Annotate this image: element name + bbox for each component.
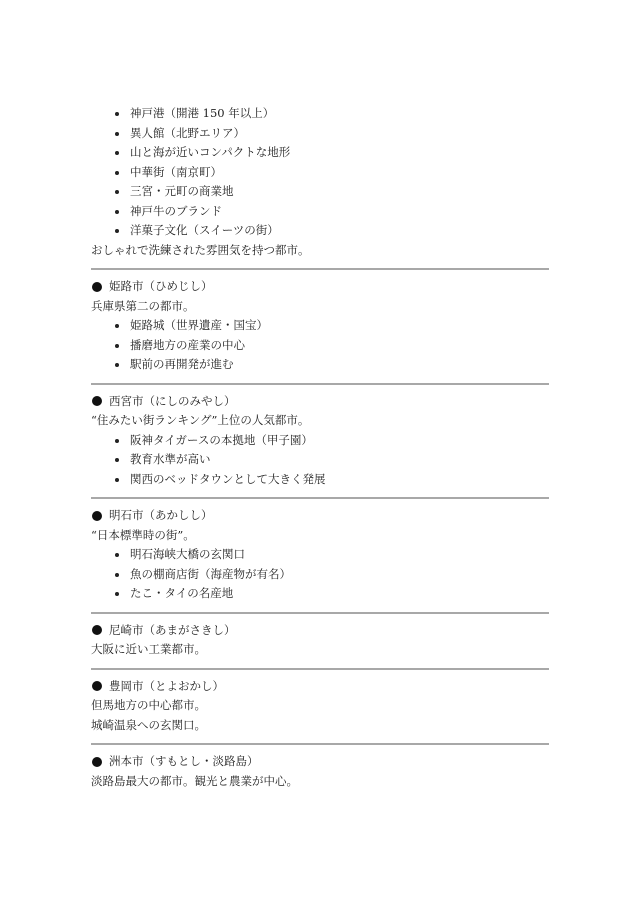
toyooka-section: 豊岡市（とよおかし） 但馬地方の中心都市。 城崎温泉への玄関口。 [91, 677, 549, 736]
bullet-icon [115, 210, 119, 214]
list-item: 中華街（南京町） [91, 163, 549, 183]
heading-bullet-icon [92, 282, 102, 292]
document-page: 神戸港（開港 150 年以上） 異人館（北野エリア） 山と海が近いコンパクトな地… [91, 104, 549, 791]
bullet-icon [115, 458, 119, 462]
list-item: 山と海が近いコンパクトな地形 [91, 143, 549, 163]
list-item: 駅前の再開発が進む [91, 355, 549, 375]
list-item: 異人館（北野エリア） [91, 124, 549, 144]
bullet-icon [115, 171, 119, 175]
section-description: “住みたい街ランキング”上位の人気都市。 [91, 411, 549, 431]
divider [91, 743, 549, 745]
amagasaki-section: 尼崎市（あまがさきし） 大阪に近い工業都市。 [91, 621, 549, 660]
section-description: 大阪に近い工業都市。 [91, 640, 549, 660]
section-description: 但馬地方の中心都市。 [91, 696, 549, 716]
section-heading: 明石市（あかしし） [91, 506, 549, 526]
heading-bullet-icon [92, 757, 102, 767]
list-item: 明石海峡大橋の玄関口 [91, 545, 549, 565]
list-item: 教育水準が高い [91, 450, 549, 470]
list-item: 三宮・元町の商業地 [91, 182, 549, 202]
kobe-section: 神戸港（開港 150 年以上） 異人館（北野エリア） 山と海が近いコンパクトな地… [91, 104, 549, 260]
divider [91, 612, 549, 614]
section-heading: 姫路市（ひめじし） [91, 277, 549, 297]
divider [91, 383, 549, 385]
sumoto-section: 洲本市（すもとし・淡路島） 淡路島最大の都市。観光と農業が中心。 [91, 752, 549, 791]
bullet-icon [115, 132, 119, 136]
section-description: 兵庫県第二の都市。 [91, 297, 549, 317]
section-description: 淡路島最大の都市。観光と農業が中心。 [91, 772, 549, 792]
bullet-icon [115, 592, 119, 596]
section-description: 城崎温泉への玄関口。 [91, 716, 549, 736]
section-heading: 西宮市（にしのみやし） [91, 392, 549, 412]
nishinomiya-section: 西宮市（にしのみやし） “住みたい街ランキング”上位の人気都市。 阪神タイガース… [91, 392, 549, 490]
heading-bullet-icon [92, 625, 102, 635]
divider [91, 268, 549, 270]
bullet-icon [115, 190, 119, 194]
bullet-icon [115, 553, 119, 557]
list-item: 神戸港（開港 150 年以上） [91, 104, 549, 124]
list-item: 姫路城（世界遺産・国宝） [91, 316, 549, 336]
bullet-icon [115, 112, 119, 116]
bullet-icon [115, 229, 119, 233]
bullet-icon [115, 573, 119, 577]
list-item: 魚の棚商店街（海産物が有名） [91, 565, 549, 585]
bullet-icon [115, 324, 119, 328]
list-item: 播磨地方の産業の中心 [91, 336, 549, 356]
divider [91, 668, 549, 670]
bullet-icon [115, 151, 119, 155]
bullet-icon [115, 478, 119, 482]
bullet-icon [115, 363, 119, 367]
section-summary: おしゃれで洗練された雰囲気を持つ都市。 [91, 241, 549, 261]
akashi-section: 明石市（あかしし） “日本標準時の街”。 明石海峡大橋の玄関口 魚の棚商店街（海… [91, 506, 549, 604]
bullet-icon [115, 344, 119, 348]
divider [91, 497, 549, 499]
list-item: 関西のベッドタウンとして大きく発展 [91, 470, 549, 490]
section-heading: 洲本市（すもとし・淡路島） [91, 752, 549, 772]
bullet-icon [115, 439, 119, 443]
heading-bullet-icon [92, 396, 102, 406]
section-heading: 尼崎市（あまがさきし） [91, 621, 549, 641]
section-description: “日本標準時の街”。 [91, 526, 549, 546]
list-item: 洋菓子文化（スイーツの街） [91, 221, 549, 241]
list-item: 神戸牛のブランド [91, 202, 549, 222]
heading-bullet-icon [92, 681, 102, 691]
list-item: 阪神タイガースの本拠地（甲子園） [91, 431, 549, 451]
list-item: たこ・タイの名産地 [91, 584, 549, 604]
heading-bullet-icon [92, 511, 102, 521]
section-heading: 豊岡市（とよおかし） [91, 677, 549, 697]
himeji-section: 姫路市（ひめじし） 兵庫県第二の都市。 姫路城（世界遺産・国宝） 播磨地方の産業… [91, 277, 549, 375]
